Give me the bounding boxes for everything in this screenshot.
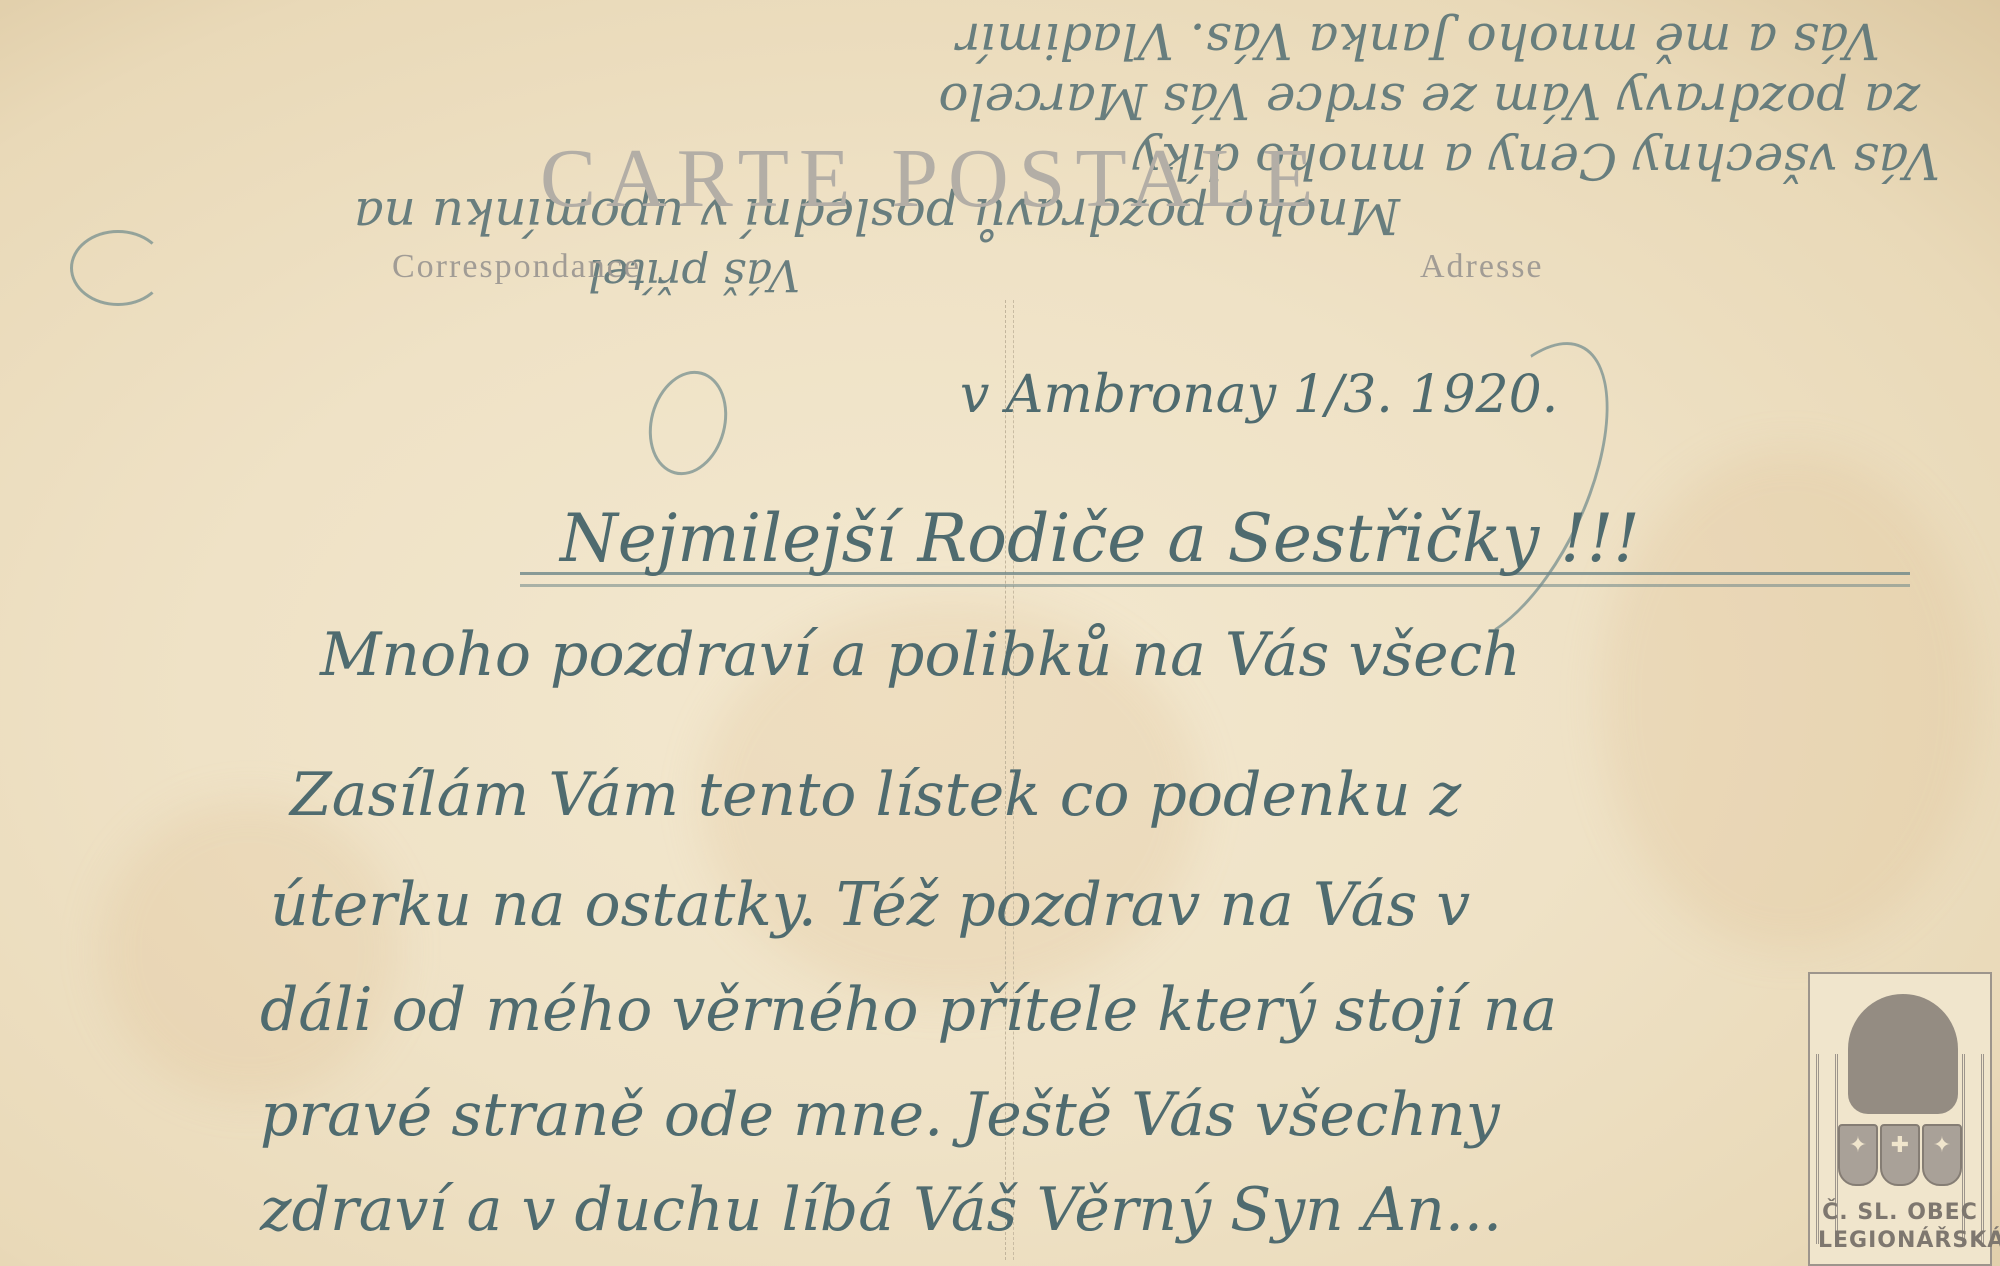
place-date: v Ambronay 1/3. 1920. [960, 365, 1558, 425]
soldier-helmet-icon [1848, 994, 1958, 1114]
message-line: dáli od mého věrného přítele který stojí… [260, 975, 1557, 1045]
shield-icon: ✦ [1922, 1124, 1962, 1186]
message-line: Zasílám Vám tento lístek co podenku z [290, 760, 1461, 830]
paper-stain [100, 800, 400, 1100]
printed-title: CARTE POSTALE [540, 130, 1323, 227]
upside-down-line: za pozdravy Vám ze srdce Vás Marcelo [938, 72, 1920, 130]
printed-address-label: Adresse [1420, 248, 1544, 286]
message-line: pravé straně ode mne. Ještě Vás všechny [260, 1080, 1500, 1150]
paper-stain [1600, 450, 1980, 950]
shield-icon: ✚ [1880, 1124, 1920, 1186]
greeting: Nejmilejší Rodiče a Sestřičky !!! [560, 500, 1640, 577]
postcard-scan: Vás a mě mnoho Janka Vás. Vladimír za po… [0, 0, 2000, 1266]
upside-down-line: Vás a mě mnoho Janka Vás. Vladimír [957, 12, 1880, 70]
message-line: zdraví a v duchu líbá Váš Věrný Syn An..… [260, 1175, 1502, 1245]
underline-rule [520, 584, 1910, 587]
shield-icon: ✦ [1838, 1124, 1878, 1186]
printed-correspondence-label: Correspondance [392, 248, 641, 286]
ink-flourish [638, 362, 739, 484]
emblem-text-line2: LEGIONÁŘSKÁ [1818, 1228, 1982, 1253]
message-line: úterku na ostatky. Též pozdrav na Vás v [270, 870, 1470, 940]
message-line: Mnoho pozdraví a polibků na Vás všech [320, 620, 1521, 690]
ink-flourish [70, 230, 166, 306]
emblem-text-line1: Č. SL. OBEC [1818, 1200, 1982, 1225]
coat-of-arms-icon: ✦ ✚ ✦ [1838, 1124, 1962, 1194]
legionnaire-emblem-icon: ✦ ✚ ✦ Č. SL. OBEC LEGIONÁŘSKÁ [1808, 972, 1992, 1266]
